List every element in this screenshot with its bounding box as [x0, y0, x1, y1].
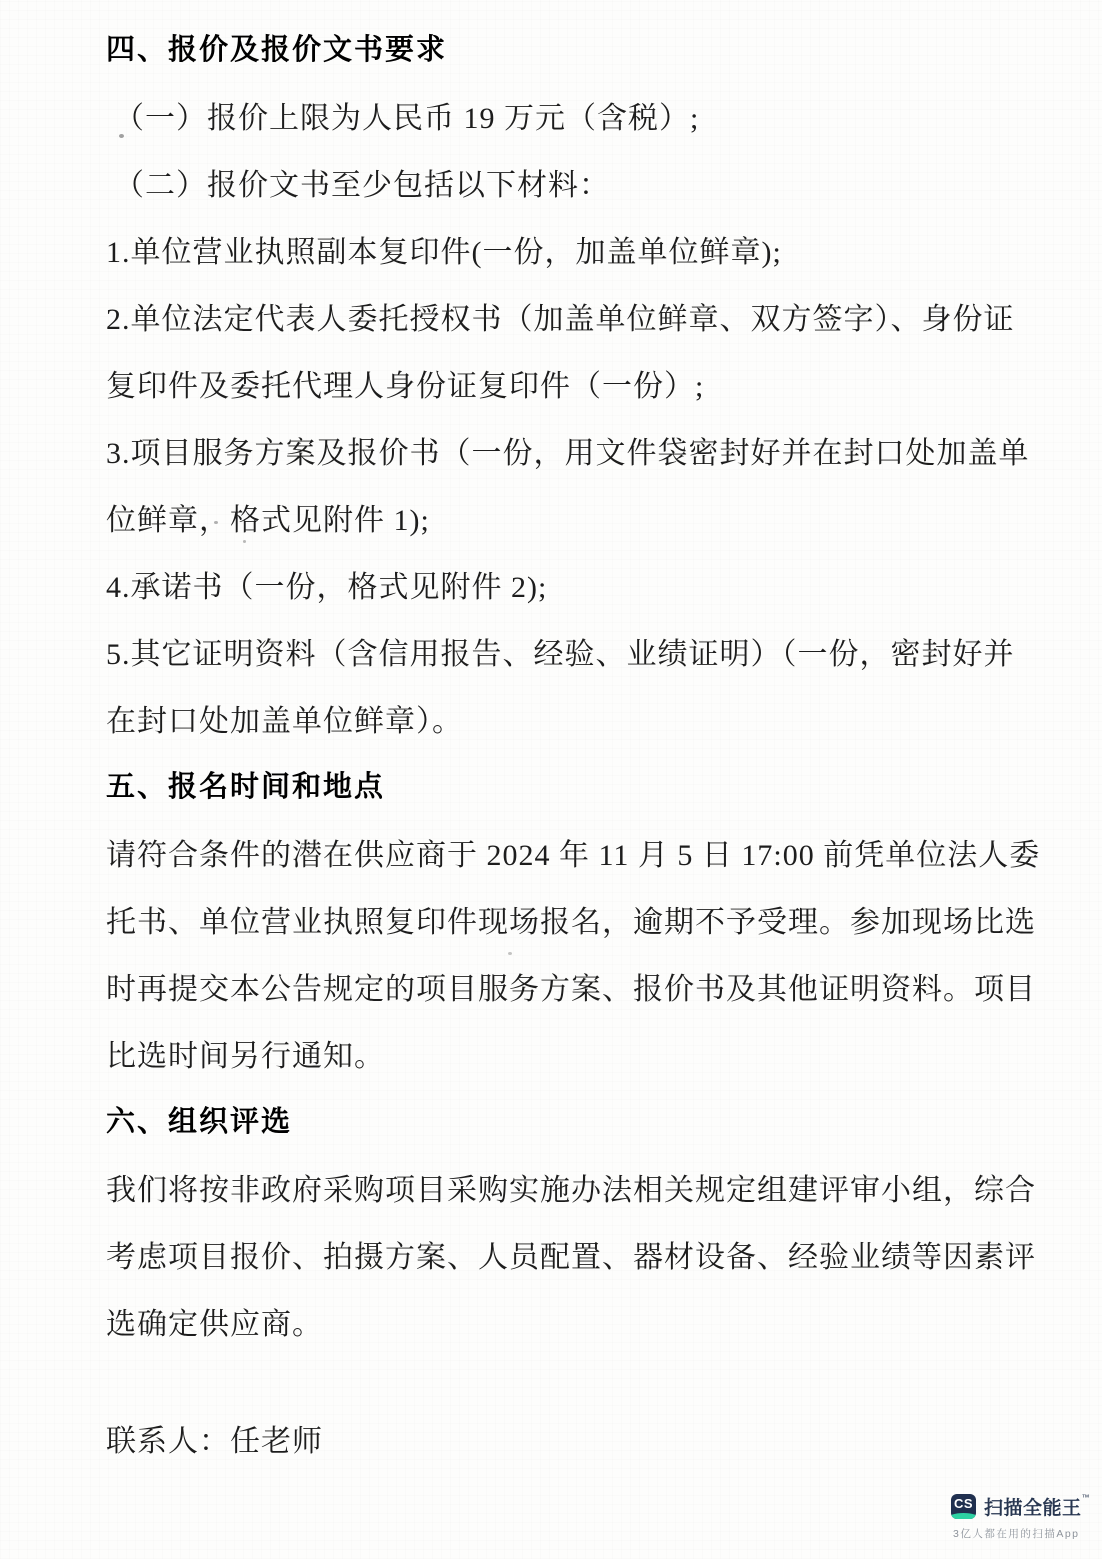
- watermark-tagline: 3亿人都在用的扫描App: [951, 1526, 1096, 1541]
- doc-line: 位鲜章，格式见附件 1);: [106, 483, 1056, 550]
- doc-line: 考虑项目报价、拍摄方案、人员配置、器材设备、经验业绩等因素评: [106, 1220, 1056, 1287]
- doc-line: 在封口处加盖单位鲜章）。: [106, 684, 1056, 751]
- doc-line: 请符合条件的潜在供应商于 2024 年 11 月 5 日 17:00 前凭单位法…: [106, 818, 1056, 885]
- section-heading: 五、报名时间和地点: [106, 751, 1056, 818]
- camscanner-watermark: CS 扫描全能王™ 3亿人都在用的扫描App: [951, 1493, 1096, 1541]
- camscanner-logo-icon: CS: [951, 1494, 976, 1519]
- doc-line: 2.单位法定代表人委托授权书（加盖单位鲜章、双方签字）、身份证: [106, 282, 1056, 349]
- section-heading: 六、组织评选: [106, 1086, 1056, 1153]
- doc-line: 3.项目服务方案及报价书（一份，用文件袋密封好并在封口处加盖单: [106, 416, 1056, 483]
- doc-line: 5.其它证明资料（含信用报告、经验、业绩证明）（一份，密封好并: [106, 617, 1056, 684]
- doc-line: 托书、单位营业执照复印件现场报名，逾期不予受理。参加现场比选: [106, 885, 1056, 952]
- scan-artifact: [508, 952, 512, 955]
- blank-line: [106, 1354, 1056, 1404]
- doc-line: 比选时间另行通知。: [106, 1019, 1056, 1086]
- doc-line: 联系人：任老师: [106, 1404, 1056, 1471]
- logo-green-accent: [951, 1513, 976, 1519]
- doc-line: 4.承诺书（一份，格式见附件 2);: [106, 550, 1056, 617]
- doc-line: 时再提交本公告规定的项目服务方案、报价书及其他证明资料。项目: [106, 952, 1056, 1019]
- scanned-document-page: 四、报价及报价文书要求（一）报价上限为人民币 19 万元（含税）;（二）报价文书…: [0, 0, 1102, 1559]
- app-name-text: 扫描全能王: [984, 1498, 1082, 1519]
- watermark-logo-row: CS 扫描全能王™: [951, 1493, 1096, 1520]
- doc-line: 1.单位营业执照副本复印件(一份，加盖单位鲜章);: [106, 215, 1056, 282]
- doc-line: （一）报价上限为人民币 19 万元（含税）;: [106, 81, 1056, 148]
- doc-line: 我们将按非政府采购项目采购实施办法相关规定组建评审小组，综合: [106, 1153, 1056, 1220]
- document-lines: 四、报价及报价文书要求（一）报价上限为人民币 19 万元（含税）;（二）报价文书…: [106, 14, 1056, 1471]
- watermark-app-name: 扫描全能王™: [984, 1493, 1090, 1520]
- doc-line: 复印件及委托代理人身份证复印件（一份）;: [106, 349, 1056, 416]
- doc-line: （二）报价文书至少包括以下材料：: [106, 148, 1056, 215]
- scan-artifact: [243, 540, 246, 543]
- scan-artifact: [214, 521, 218, 524]
- doc-line: 选确定供应商。: [106, 1287, 1056, 1354]
- trademark-symbol: ™: [1082, 1493, 1091, 1502]
- scan-artifact: [119, 134, 124, 138]
- section-heading: 四、报价及报价文书要求: [106, 14, 1056, 81]
